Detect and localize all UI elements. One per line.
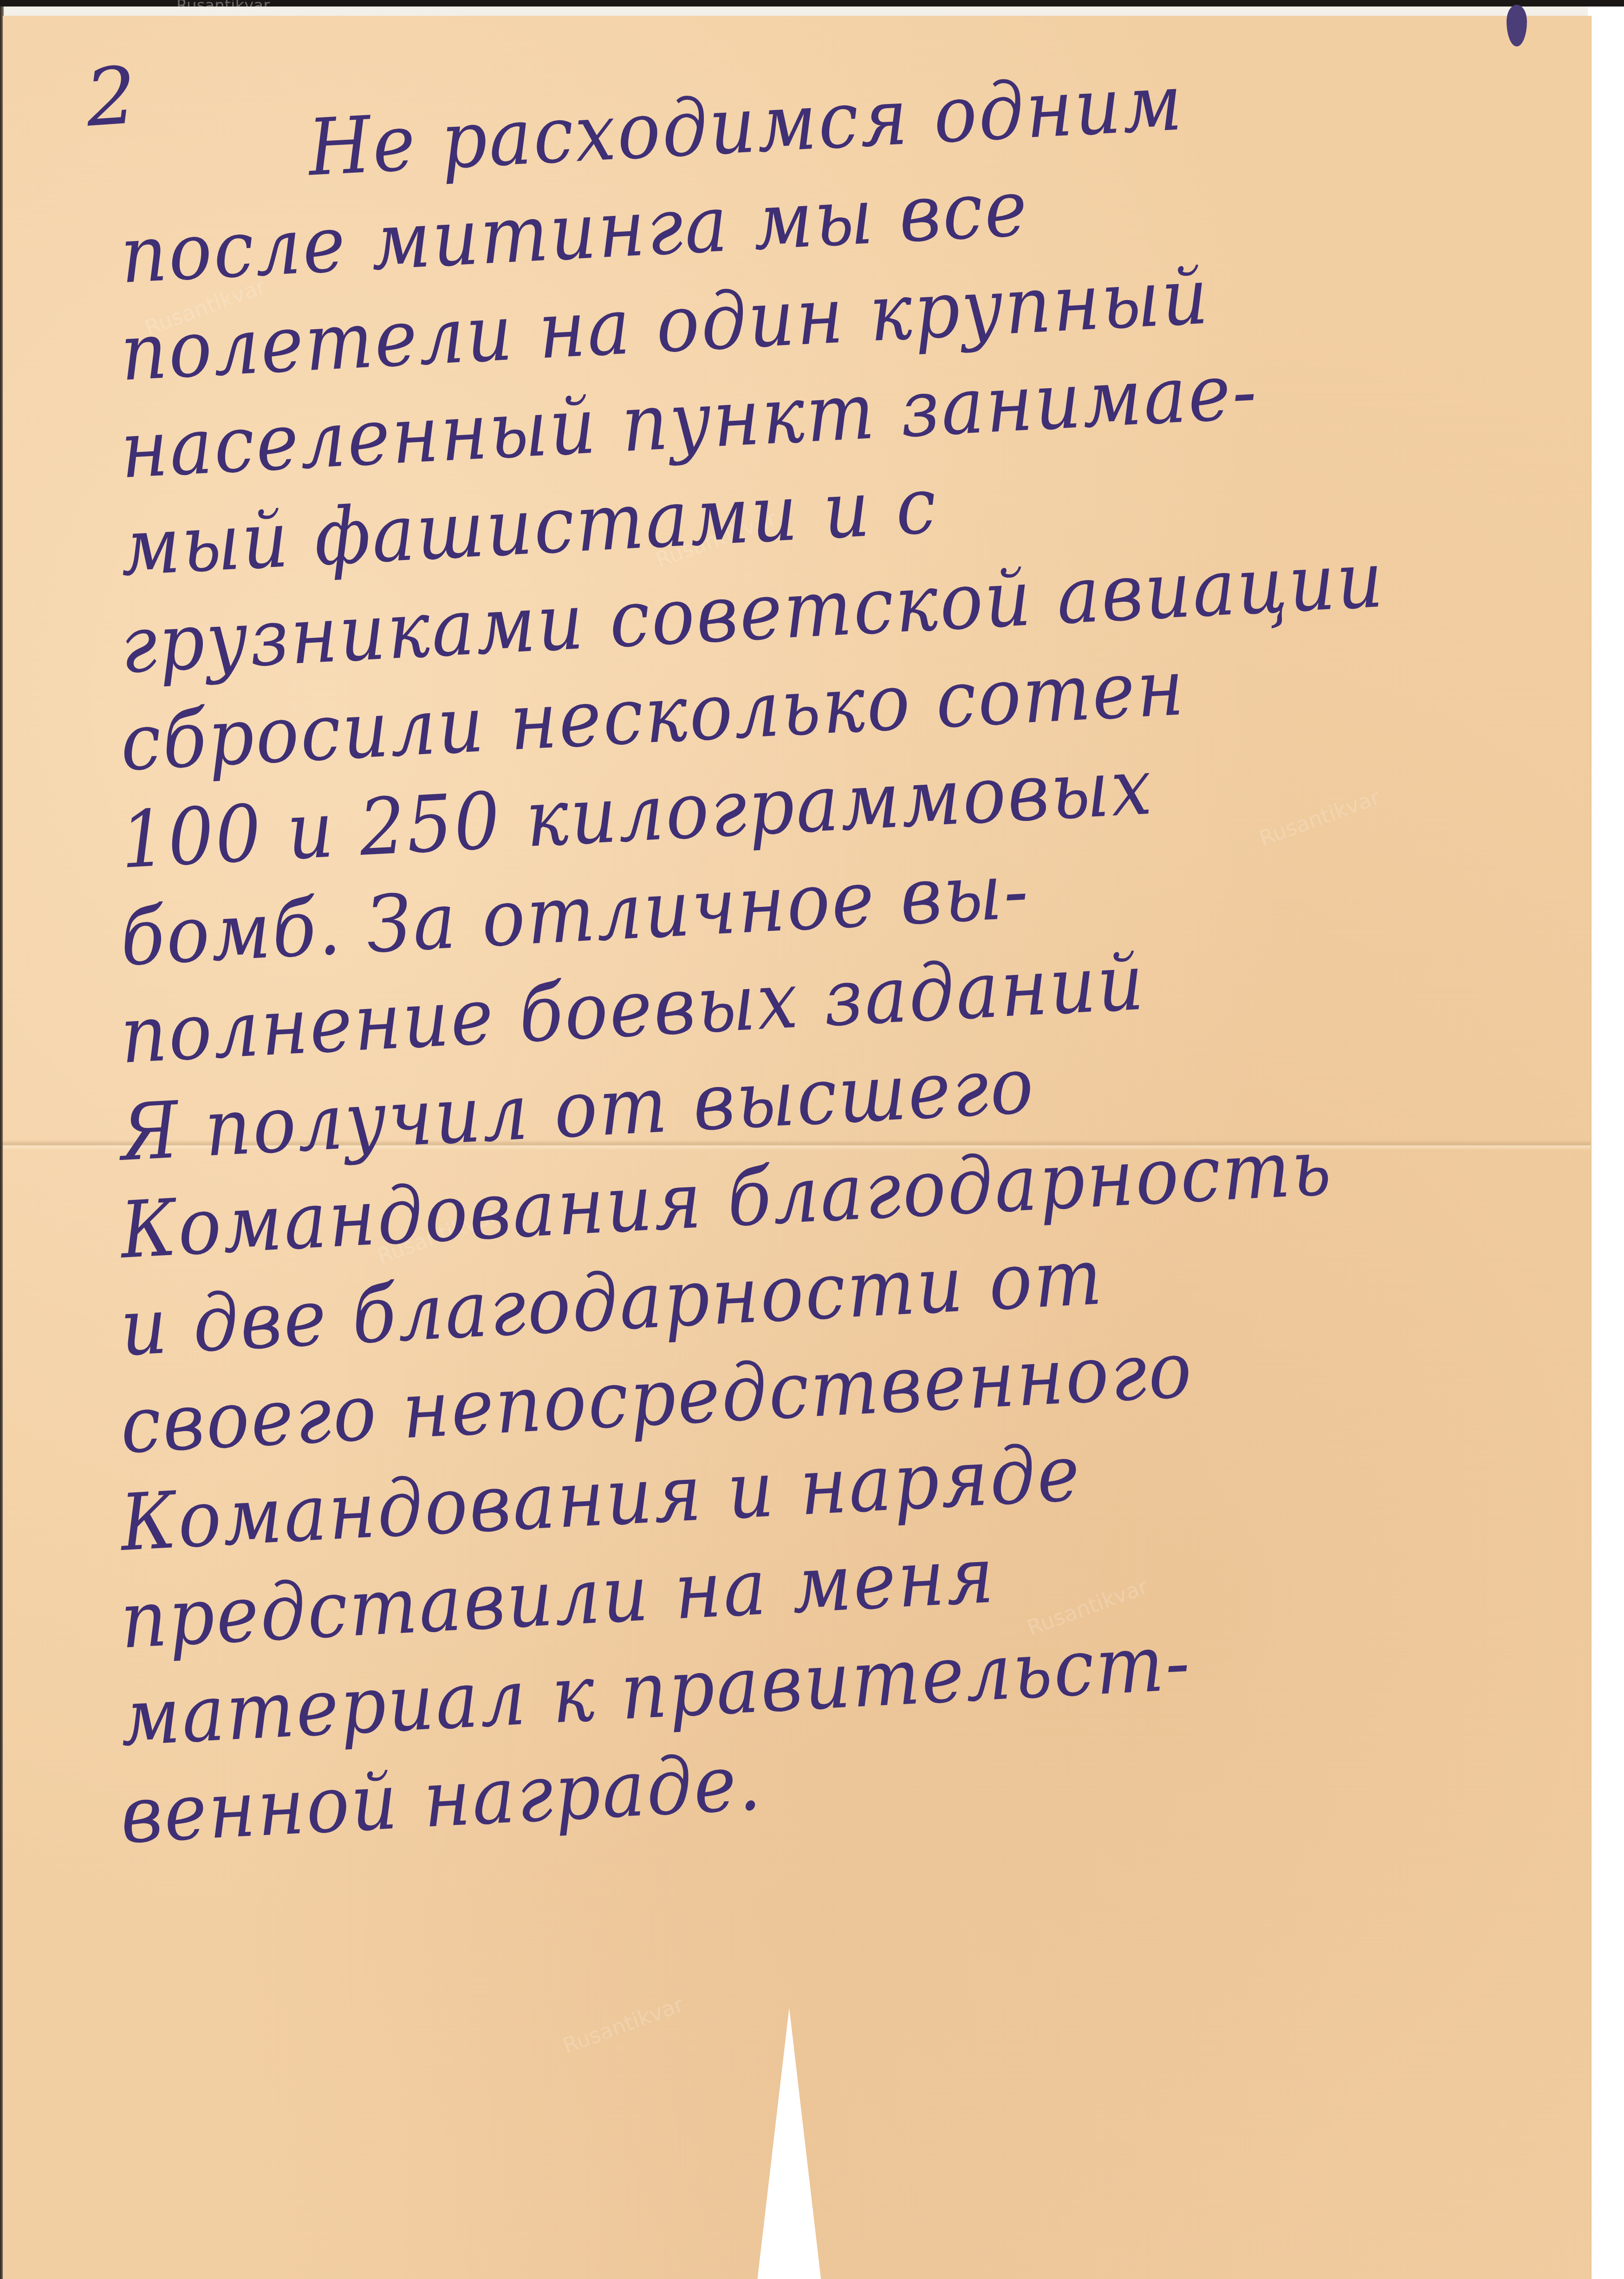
watermark-text: Rusantikvar	[559, 1992, 687, 2058]
scan-top-border: Rusantikvar	[0, 0, 1624, 7]
scan-top-strip	[0, 7, 1588, 17]
letter-body: Не расходимся одним после митинга мы все…	[121, 109, 1560, 1864]
